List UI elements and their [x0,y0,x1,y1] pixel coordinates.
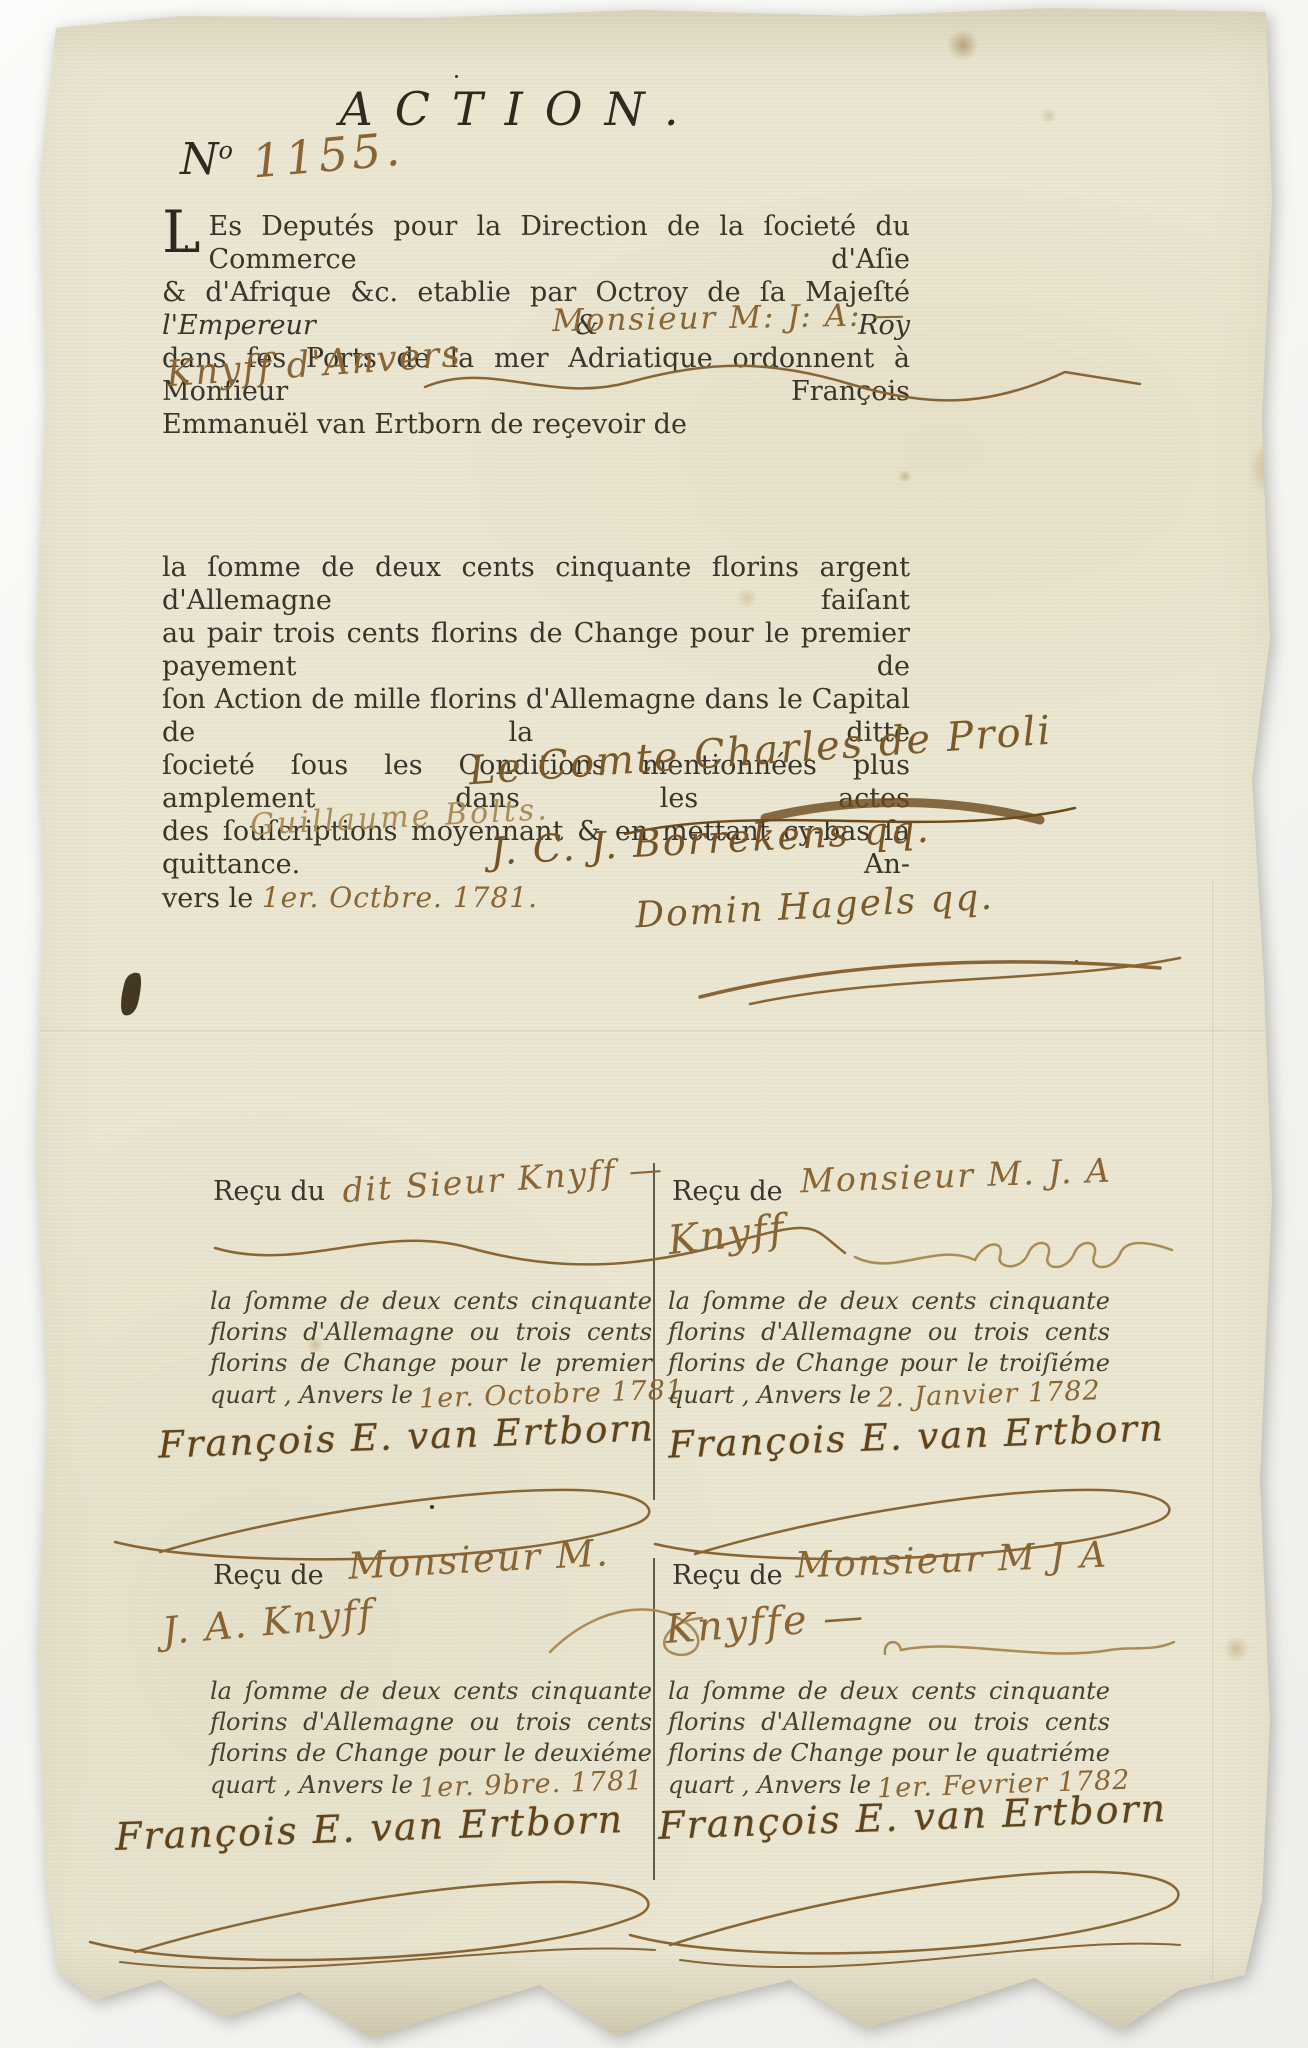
receipt1-line-3: florins de Change pour le premier [210,1348,652,1379]
receipt3-line-4: quart , Anvers le1er. 9bre. 1781 [210,1769,652,1801]
flourish-receipt4-signature [620,1850,1200,1990]
receipt2-payer-handwritten: Monsieur M. J. A [799,1151,1112,1201]
receipt1-line-1: la ſomme de deux cents cinquante [210,1286,652,1317]
flourish-under-recipient [420,352,1150,412]
intro-line-4: Emmanuël van Ertborn de reçevoir de [162,408,910,441]
receipt-grid-divider-top [653,1163,655,1500]
body-line-2: au pair trois cents florins de Change po… [162,617,910,683]
receipt2-label: Reçu de [672,1176,783,1207]
receipt3-line-1: la ſomme de deux cents cinquante [210,1676,652,1707]
number-superscript: o [219,136,233,164]
receipt3-line-3: florins de Change pour le deuxiéme [210,1738,652,1769]
document-title: ACTION. [150,82,890,136]
paper-sheet: ACTION. No 1155. LEs Deputés pour la Dir… [0,0,1308,2048]
receipt3-line-2: florins d'Allemagne ou trois cents [210,1707,652,1738]
receipt1-signature: François E. van Ertborn [157,1406,655,1466]
flourish-hagels [690,942,1200,1012]
receipt1-label: Reçu du [213,1176,325,1207]
receipt4-line-3: florins de Change pour le quatriéme [668,1738,1110,1769]
number-label: No [180,134,233,185]
ink-blot [117,970,145,1017]
main-date-handwritten: 1er. Octbre. 1781. [262,881,538,914]
receipt3-payer-handwritten-2: J. A. Knyff [160,1591,376,1653]
flourish-receipt3-signature [80,1862,670,1982]
body-line-1: la ſomme de deux cents cinquante florins… [162,551,910,617]
recipient-name-handwritten: Monsieur M: J: A: — [552,297,907,339]
fold-crease-horizontal [40,1030,1265,1033]
fold-crease-vertical [1212,880,1215,1980]
ink-stain [898,470,912,483]
ink-stain [1222,1636,1250,1662]
receipt2-line-1: la ſomme de deux cents cinquante [668,1286,1110,1317]
receipt3-label: Reçu de [213,1560,324,1591]
receipt4-body: la ſomme de deux cents cinquante florins… [668,1676,1110,1801]
receipt1-payer-handwritten: dit Sieur Knyff — [341,1149,665,1210]
ink-stain [1040,108,1058,124]
receipt2-line-3: florins de Change pour le troiſiéme [668,1348,1110,1379]
receipt3-body: la ſomme de deux cents cinquante florins… [210,1676,652,1801]
receipt1-line-2: florins d'Allemagne ou trois cents [210,1317,652,1348]
receipt4-line-1: la ſomme de deux cents cinquante [668,1676,1110,1707]
receipt2-line-2: florins d'Allemagne ou trois cents [668,1317,1110,1348]
drop-cap: L [162,210,201,276]
receipt2-body: la ſomme de deux cents cinquante florins… [668,1286,1110,1411]
receipt1-body: la ſomme de deux cents cinquante florins… [210,1286,652,1411]
receipt2-date-handwritten: 2. Janvier 1782 [877,1375,1102,1414]
receipt4-line-2: florins d'Allemagne ou trois cents [668,1707,1110,1738]
receipt4-label: Reçu de [672,1560,783,1591]
scanned-document: ACTION. No 1155. LEs Deputés pour la Dir… [0,0,1308,2048]
ink-stain [946,30,980,60]
paper-speck [455,75,458,78]
receipt2-line-4: quart , Anvers le2. Janvier 1782 [668,1379,1110,1411]
flourish-receipt2 [850,1232,1180,1282]
flourish-receipt4 [880,1630,1180,1675]
intro-line-1: LEs Deputés pour la Direction de la ſoci… [162,210,910,276]
ink-stain [1248,436,1308,500]
receipt2-signature: François E. van Ertborn [667,1406,1165,1466]
receipt1-line-4: quart , Anvers le1er. Octobre 1781 [210,1379,652,1411]
receipt3-signature: François E. van Ertborn [114,1797,624,1859]
